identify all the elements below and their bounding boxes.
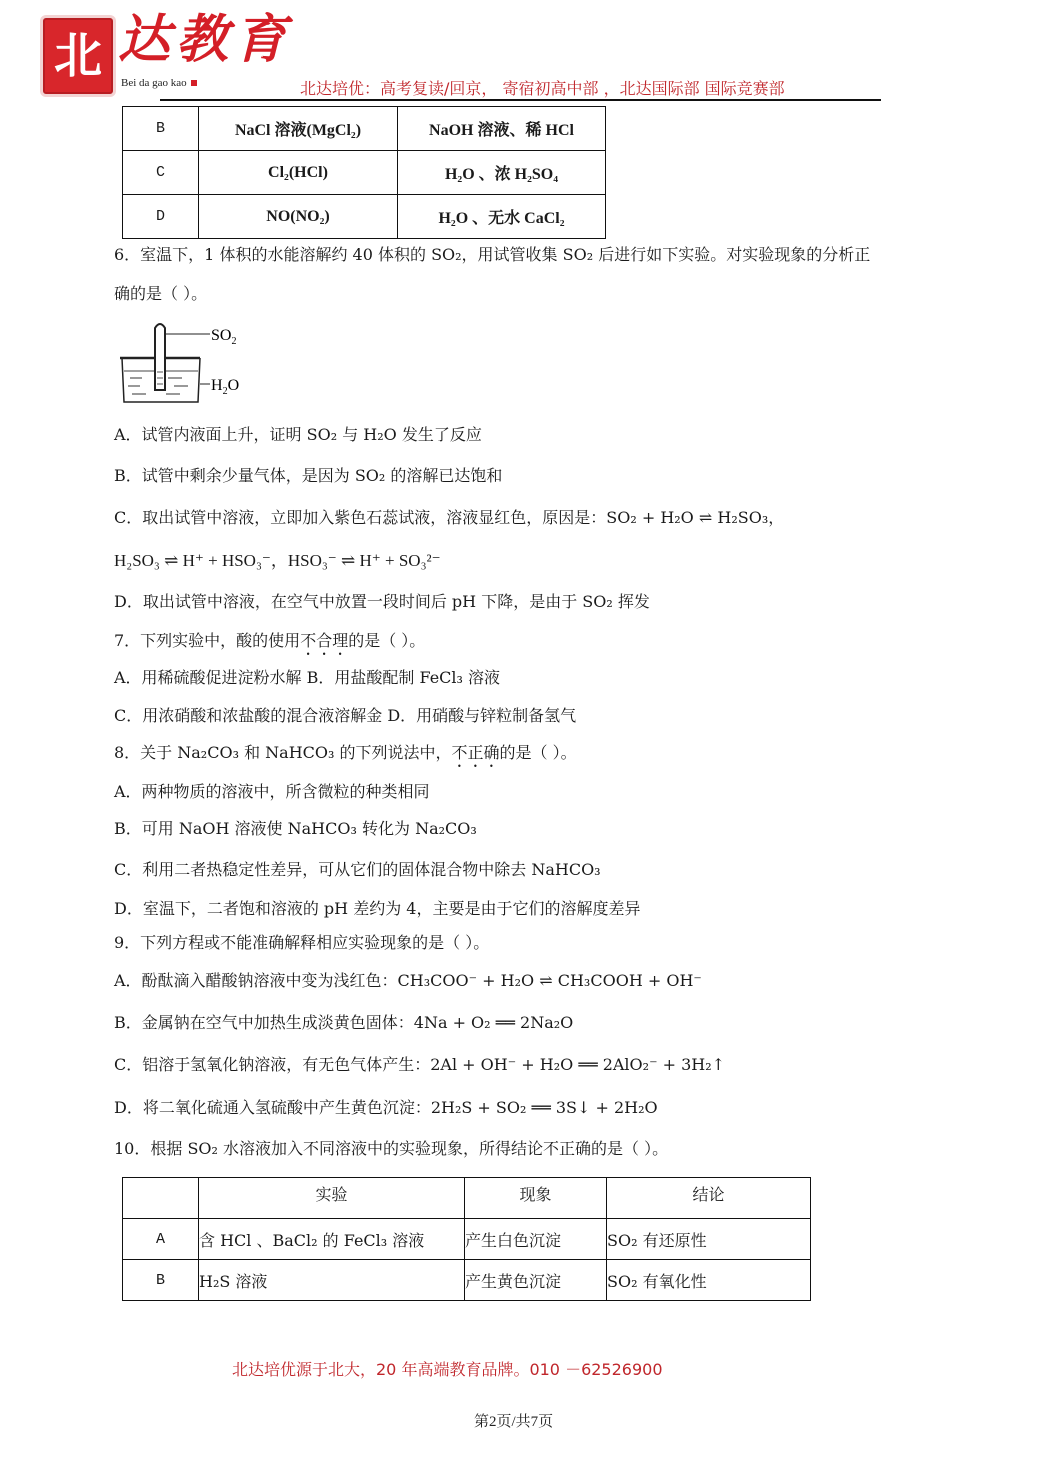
- q9-option-b: B．金属钠在空气中加热生成淡黄色固体：4Na + O₂ ══ 2Na₂O: [114, 1012, 573, 1034]
- q7-options-cd: C．用浓硝酸和浓盐酸的混合液溶解金 D．用硝酸与锌粒制备氢气: [114, 705, 576, 727]
- test-tube-figure: SO2 H2O: [118, 316, 258, 408]
- brand-name: 达教育: [118, 14, 292, 66]
- brand-pinyin: Bei da gao kao: [121, 77, 197, 89]
- q8-option-a: A．两种物质的溶液中，所含微粒的种类相同: [114, 781, 430, 803]
- emphasis-text: 不正确: [452, 743, 500, 762]
- conclusion-cell: SO₂ 有氧化性: [607, 1260, 811, 1301]
- emphasis-text: 不合理: [300, 631, 348, 650]
- figure-label-h2o: H2O: [211, 377, 239, 397]
- q9-option-a: A．酚酞滴入醋酸钠溶液中变为浅红色：CH₃COO⁻ + H₂O ⇌ CH₃COO…: [114, 970, 702, 992]
- q7-options-ab: A．用稀硫酸促进淀粉水解 B．用盐酸配制 FeCl₃ 溶液: [114, 667, 500, 689]
- experiment-cell: H₂S 溶液: [199, 1260, 465, 1301]
- substance-cell: NaCl 溶液(MgCl₂): [199, 107, 398, 151]
- logo-badge: 北: [43, 18, 113, 94]
- reagents-cell: H₂O 、无水 CaCl₂: [398, 195, 606, 239]
- row-label: C: [123, 151, 199, 195]
- q8-option-b: B．可用 NaOH 溶液使 NaHCO₃ 转化为 Na₂CO₃: [114, 818, 477, 840]
- table-row: C Cl₂(HCl) H₂O 、浓 H₂SO₄: [123, 151, 606, 195]
- header-cell: 实验: [199, 1178, 465, 1219]
- row-label: B: [123, 1260, 199, 1301]
- reagents-cell: NaOH 溶液、稀 HCl: [398, 107, 606, 151]
- header-cell: 结论: [607, 1178, 811, 1219]
- q8-option-d: D．室温下，二者饱和溶液的 pH 差约为 4，主要是由于它们的溶解度差异: [114, 898, 640, 920]
- table-header-row: 实验 现象 结论: [123, 1178, 811, 1219]
- table-row: B NaCl 溶液(MgCl₂) NaOH 溶液、稀 HCl: [123, 107, 606, 151]
- row-label: B: [123, 107, 199, 151]
- footer-brand-line: 北达培优源于北大，20 年高端教育品牌。010 －62526900: [232, 1357, 663, 1380]
- q5-options-table: B NaCl 溶液(MgCl₂) NaOH 溶液、稀 HCl C Cl₂(HCl…: [122, 106, 606, 239]
- q9-stem: 9．下列方程或不能准确解释相应实验现象的是（ ）。: [114, 932, 489, 954]
- q6-option-d: D．取出试管中溶液，在空气中放置一段时间后 pH 下降，是由于 SO₂ 挥发: [114, 591, 650, 613]
- header-cell: [123, 1178, 199, 1219]
- q6-option-b: B．试管中剩余少量气体，是因为 SO₂ 的溶解已达饱和: [114, 465, 502, 487]
- phenomenon-cell: 产生黄色沉淀: [465, 1260, 607, 1301]
- q10-stem: 10．根据 SO₂ 水溶液加入不同溶液中的实验现象，所得结论不正确的是（ ）。: [114, 1138, 668, 1160]
- table-row: A 含 HCl 、BaCl₂ 的 FeCl₃ 溶液 产生白色沉淀 SO₂ 有还原…: [123, 1219, 811, 1260]
- conclusion-cell: SO₂ 有还原性: [607, 1219, 811, 1260]
- reagents-cell: H₂O 、浓 H₂SO₄: [398, 151, 606, 195]
- q8-option-c: C．利用二者热稳定性差异，可从它们的固体混合物中除去 NaHCO₃: [114, 859, 601, 881]
- page-indicator: 第2页/共7页: [474, 1410, 553, 1431]
- q6-option-c-line2: H₂SO₃ ⇌ H⁺ + HSO₃⁻，HSO₃⁻ ⇌ H⁺ + SO₃²⁻: [114, 550, 441, 572]
- substance-cell: Cl₂(HCl): [199, 151, 398, 195]
- row-label: A: [123, 1219, 199, 1260]
- q8-stem: 8．关于 Na₂CO₃ 和 NaHCO₃ 的下列说法中，不正确的是（ ）。: [114, 742, 577, 771]
- q6-option-a: A．试管内液面上升，证明 SO₂ 与 H₂O 发生了反应: [114, 424, 482, 446]
- logo-char: 北: [54, 32, 102, 80]
- q6-stem-line2: 确的是（ ）。: [114, 283, 207, 305]
- q6-option-c-line1: C．取出试管中溶液，立即加入紫色石蕊试液，溶液显红色，原因是：SO₂ + H₂O…: [114, 507, 784, 529]
- experiment-cell: 含 HCl 、BaCl₂ 的 FeCl₃ 溶液: [199, 1219, 465, 1260]
- substance-cell: NO(NO₂): [199, 195, 398, 239]
- q9-option-d: D．将二氧化硫通入氢硫酸中产生黄色沉淀：2H₂S + SO₂ ══ 3S↓ + …: [114, 1097, 658, 1119]
- square-icon: [191, 80, 197, 86]
- q10-table: 实验 现象 结论 A 含 HCl 、BaCl₂ 的 FeCl₃ 溶液 产生白色沉…: [122, 1177, 811, 1301]
- header-slogan: 北达培优：高考复读/回京， 寄宿初高中部 ，北达国际部 国际竞赛部: [300, 76, 785, 99]
- figure-label-so2: SO2: [211, 327, 236, 347]
- q7-stem: 7．下列实验中，酸的使用不合理的是（ ）。: [114, 630, 425, 659]
- row-label: D: [123, 195, 199, 239]
- header-divider: [160, 99, 881, 101]
- phenomenon-cell: 产生白色沉淀: [465, 1219, 607, 1260]
- q9-option-c: C．铝溶于氢氧化钠溶液，有无色气体产生：2Al + OH⁻ + H₂O ══ 2…: [114, 1054, 725, 1076]
- table-row: B H₂S 溶液 产生黄色沉淀 SO₂ 有氧化性: [123, 1260, 811, 1301]
- table-row: D NO(NO₂) H₂O 、无水 CaCl₂: [123, 195, 606, 239]
- q6-stem-line1: 6．室温下，1 体积的水能溶解约 40 体积的 SO₂，用试管收集 SO₂ 后进…: [114, 244, 870, 266]
- header-cell: 现象: [465, 1178, 607, 1219]
